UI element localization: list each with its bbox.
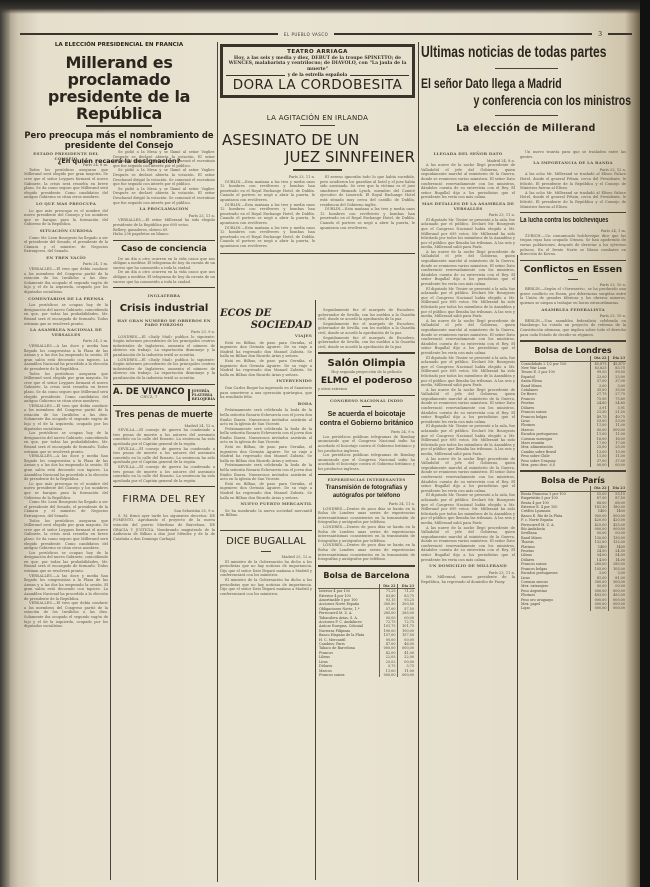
section-body: Lo que más preocupa es el nombre del nue… [24, 482, 108, 500]
conscience-title: Caso de conciencia [113, 244, 215, 254]
section-body: A las nueve de la noche llegó procedente… [421, 526, 515, 563]
banner-headline: Ultimas noticias de todas partes [421, 44, 585, 62]
page-number: 3 [592, 31, 608, 38]
section-heading: LA PROCLAMACION [113, 207, 215, 212]
article-body: De un día a otro ocurren en la vida caso… [113, 257, 215, 271]
article-body: Se pidió a la Mesa y se llamó al señor V… [113, 150, 215, 168]
section-body: Próximamente será celebrada la boda de l… [220, 408, 312, 426]
scan-shadow [0, 0, 650, 14]
section-body: Próximamente será celebrada la boda de l… [220, 463, 312, 481]
article-body: LONDRES.—Dentro de poco días se harán en… [318, 543, 415, 561]
vote-line: Hubo 236 papeletas en blanco. [113, 232, 215, 237]
section-body: Lo que más preocupa es el nombre del nue… [24, 209, 108, 227]
ad-line: RELOJERÍA [192, 397, 215, 401]
bugallal-title: DICE BUGALLAL [220, 535, 312, 548]
article-body: Seguidamente fue el marqués de Escudero,… [318, 336, 415, 350]
article-ireland: LA AGITACIÓN EN IRLANDA ASESINATO DE UN … [220, 110, 415, 257]
section-body: A las nueve de la noche llegó procedente… [421, 388, 515, 425]
article-body: DUBLIN.—Esta mañana a las tres y media u… [220, 203, 315, 226]
article-body: BERLIN.—Según el «Vorwaerts», se ha prod… [520, 287, 626, 305]
section-body: Mr. Millerand, nuevo presidente de la Re… [421, 575, 515, 584]
section-body: VERSALLES.—A las doce y media han llegad… [24, 344, 108, 372]
millerand-title: La elección de Millerand [421, 122, 631, 135]
section-body: Los periódicos se ocupan hoy de la desig… [24, 431, 108, 454]
article-body: DUBLIN.—Esta mañana a las tres y media u… [220, 226, 315, 249]
olimpia-tail: y otros estrenos [318, 387, 415, 392]
article-body: El ministro de la Gobernación ha dicho a… [220, 578, 312, 596]
subhead: HAY GRAN NUMERO DE OBREROS EN PARO FORZO… [113, 319, 215, 328]
article-body: S. M. firmó ayer tarde los siguientes de… [113, 514, 215, 542]
article-body: SEVILLA.—El consejo de guerra ha condena… [113, 428, 215, 446]
olimpia-ad: Salón Olimpia Hoy segunda proyección de … [318, 357, 415, 391]
article-body: Los periódicos publican telegramas de Bo… [318, 435, 415, 453]
latest-news: Ultimas noticias de todas partes El seño… [421, 44, 631, 135]
section-body: Está en Bilbao, de paso para Gernika, el… [220, 341, 312, 359]
article-body: LONDRES.—El «Daily Mail» publica lo sigu… [113, 335, 215, 358]
sentences-title: Tres penas de muerte [113, 409, 215, 421]
bolsa-londres-table: Día 22Día 23Consolidado 2 1/2 por 10045,… [520, 356, 626, 467]
section-body: Todos los periódicos aseguran que Miller… [24, 519, 108, 551]
section-body: Los periódicos se ocupan hoy de la desig… [24, 551, 108, 574]
section-body: VERSALLES.—El tren que debía conducir a … [24, 601, 108, 629]
table-row: Francos suizos000,00000,00 [318, 673, 415, 677]
section-body: El diputado Mr. Tissier se presentó a la… [421, 424, 515, 456]
section-body: VERSALLES.—A las doce y media han llegad… [24, 574, 108, 602]
section-heading: MAS DETALLES DE LA ASAMBLEA DE VERSALLES [421, 202, 515, 211]
col1-body: ESTADO PRESIDENTE DEL CONSEJO París 24, … [24, 150, 108, 629]
headline-line-2: y conferencia con los ministros [474, 92, 632, 109]
section-body: VERSALLES.—El señor Millerand ha sido el… [113, 218, 215, 227]
article-body: LONDRES.—El «Daily Mail» publica lo sigu… [113, 358, 215, 381]
table-row: Mex. peso desc. 6,000,0000,00 [520, 463, 626, 467]
article-body: SEVILLA.—El consejo de guerra ha condena… [113, 465, 215, 483]
headline: Millerand es proclamado presidente de la… [24, 54, 214, 122]
ad-line: PLATERÍA [192, 393, 215, 397]
headline-line-1: ASESINATO DE UN [220, 132, 415, 149]
section-body: VERSALLES.—A las doce y media han llegad… [24, 454, 108, 482]
theater-program: Hoy, a las seis y media y diez, DEBUT de… [226, 56, 409, 72]
article-body: SEVILLA.—El consejo de guerra ha condena… [113, 447, 215, 465]
article-body: De un día a otro ocurren en la vida caso… [113, 270, 215, 284]
theater-name: TEATRO ARRIAGA [226, 49, 409, 55]
article-body: El sereno ignoraba todo lo que había suc… [320, 175, 415, 207]
kicker: INGLATERRA [113, 294, 215, 299]
article-body: Se pidió a la Mesa y se llamó al señor V… [113, 168, 215, 186]
crisis-title: Crisis industrial [113, 303, 215, 315]
section-heading: VIAJES [220, 334, 312, 339]
article-body: DUBLIN.—Esta mañana a las tres y media u… [220, 180, 315, 203]
section-body: Próximamente será celebrada la boda de l… [220, 427, 312, 445]
section-body: Como Mr. Leon Bourgeois ha llegado a ser… [24, 500, 108, 518]
article-body: ZURICH.—Un comunicado bolchevique dice q… [520, 234, 626, 257]
section-body: Se ha nombrado la nueva sociedad mercant… [220, 509, 312, 518]
article-body: El ministro de la Gobernación ha dicho a… [220, 560, 312, 578]
table-row: Lojas000,00000,00 [520, 606, 626, 610]
section-heading: EN TREN VACÍO [24, 256, 108, 261]
section-heading: SITUACIÓN CURIOSA [24, 229, 108, 234]
masthead: EL PUEBLO VASCO 3 [20, 30, 632, 38]
decree-title: FIRMA DEL REY [113, 493, 215, 506]
section-body: Los periódicos se ocupan hoy de la desig… [24, 303, 108, 326]
article-body: A las ocho Mr. Millerand se trasladó al … [520, 172, 626, 190]
society-title-1: ECOS DE [220, 308, 312, 320]
section-body: VERSALLES.—El tren que debía conducir a … [24, 267, 108, 295]
section-body: A las nueve de la noche llegó procedente… [421, 163, 515, 200]
section-heading: COMENTARIOS DE LA PRENSA [24, 297, 108, 302]
section-body: Está en Bilbao, de paso para Gernika, el… [220, 445, 312, 463]
newspaper-name: EL PUEBLO VASCO [278, 32, 334, 37]
section-body: Todos los periódicos aseguran que Miller… [24, 372, 108, 404]
section-heading: LA IMPORTANCIA DE LA BANDA [520, 161, 626, 166]
article-body: Un nuevo tranvía para que se trasladen e… [520, 150, 626, 159]
section-heading: BODA [220, 402, 312, 407]
section-heading: NUEVO PUERTO MERCANTIL [220, 502, 312, 507]
fight-title: La lucha contra los bolcheviques [520, 216, 605, 226]
section-heading: UN DOMICILIO DE MILLERAND [421, 564, 515, 569]
page-binding-edge [0, 0, 10, 887]
kicker: EXPERIENCIAS INTERESANTES [318, 478, 415, 483]
kicker: LA ELECCIÓN PRESIDENCIAL EN FRANCIA [24, 42, 214, 48]
article-body: A las ocho Mr. Millerand se trasladó al … [520, 191, 626, 209]
section-heading: ASAMBLEA FEDERALISTA [520, 308, 626, 313]
col4: Seguidamente fue el marqués de Escudero,… [318, 308, 415, 677]
boycott-title: Se acuerda el boicotaje contra el Gobier… [318, 410, 415, 428]
section-heading: LO QUE MAS PREOCUPA [24, 202, 108, 207]
article-body: Seguidamente fue el marqués de Escudero,… [318, 322, 415, 336]
essen-title: Conflictos en Essen [520, 264, 626, 276]
headline-line-2: JUEZ SINNFEINER [220, 149, 415, 166]
society-column: ECOS DE SOCIEDAD VIAJES Está en Bilbao, … [220, 308, 312, 596]
section-body: El diputado Mr. Tissier se presentó a la… [421, 356, 515, 388]
article-body: Seguidamente fue el marqués de Escudero,… [318, 308, 415, 322]
col2: Se pidió a la Mesa y se llamó al señor V… [113, 150, 215, 541]
theater-ad: TEATRO ARRIAGA Hoy, a las seis y media y… [220, 44, 415, 98]
society-title-2: SOCIEDAD [220, 320, 312, 332]
section-body: Todos los periódicos aseguran que Miller… [24, 168, 108, 200]
olimpia-film: ELMO el poderoso [318, 375, 415, 387]
article-body: DUBLIN.—Esta mañana a las tres y media u… [320, 207, 415, 230]
section-body: El diputado Mr. Tissier se presentó a la… [421, 287, 515, 319]
headline-line-1: El señor Dato llega a Madrid [421, 75, 579, 92]
bolsa-paris-table: Día 22Día 23Renta Francesa 3 por 10055,0… [520, 486, 626, 610]
article-body: Los periódicos publican telegramas de Bo… [318, 453, 415, 471]
ad-vivanco: A. DE VIVANCO CRUZ, 7 JOYERÍA PLATERÍA R… [113, 389, 215, 401]
col6: Un nuevo tranvía para que se trasladen e… [520, 150, 626, 611]
article-body: LONDRES.—Dentro de poco días se harán en… [318, 507, 415, 525]
section-body: Como Mr. Leon Bourgeois ha llegado a ser… [24, 236, 108, 254]
olimpia-name: Salón Olimpia [318, 357, 415, 370]
bolsa-londres-title: Bolsa de Londres [520, 345, 626, 356]
article-body: LONDRES.—Dentro de poco días se harán en… [318, 525, 415, 543]
article-body: BERLIN.—Una asamblea federalista celebra… [520, 319, 626, 337]
section-heading: ESTADO PRESIDENTE DEL CONSEJO [24, 152, 108, 161]
section-body: A las nueve de la noche llegó procedente… [421, 457, 515, 494]
bolsa-barcelona-title: Bolsa de Barcelona [318, 570, 415, 581]
article-body: Se pidió a la Mesa y se llamó al señor V… [113, 187, 215, 205]
section-heading: LLEGADA DEL SEÑOR DATO [421, 152, 515, 157]
newspaper-page: EL PUEBLO VASCO 3 LA ELECCIÓN PRESIDENCI… [0, 0, 650, 887]
section-body: Está en Bilbao, de paso para Gernika, el… [220, 359, 312, 377]
section-heading: LA ASAMBLEA NACIONAL DE VERSALLES [24, 328, 108, 337]
section-body: A las nueve de la noche llegó procedente… [421, 319, 515, 356]
kicker: CONGRESO NACIONAL INDIO [318, 399, 415, 404]
section-body: Don Carlos Roque ha ingresado en el Sana… [220, 386, 312, 400]
section-body: A las nueve de la noche llegó procedente… [421, 250, 515, 287]
scan-dark-edge [640, 0, 650, 887]
section-body: VERSALLES.—El tren que debía conducir a … [24, 404, 108, 432]
bolsa-paris-title: Bolsa de París [520, 475, 626, 486]
bolsa-barcelona-table: Día 22Día 23Interior 4 por 10071,2571,25… [318, 584, 415, 678]
section-heading: INTERVENIDO [220, 379, 312, 384]
section-body: El diputado Mr. Tissier se presentó a la… [421, 493, 515, 525]
experiment-title: Transmisión de fotografías y autógrafos … [318, 485, 415, 500]
section-body: Está en Bilbao, de paso para Gernika, el… [220, 482, 312, 500]
theater-star: DORA LA CORDOBESITA [226, 78, 409, 93]
subhead: Pero preocupa más el nombramiento de pre… [24, 130, 214, 150]
section-body: El diputado Mr. Tissier se presentó a la… [421, 218, 515, 250]
col5-body: LLEGADA DEL SEÑOR DATO Madrid 24, 8 n. A… [421, 150, 515, 585]
kicker: LA AGITACIÓN EN IRLANDA [220, 114, 415, 122]
